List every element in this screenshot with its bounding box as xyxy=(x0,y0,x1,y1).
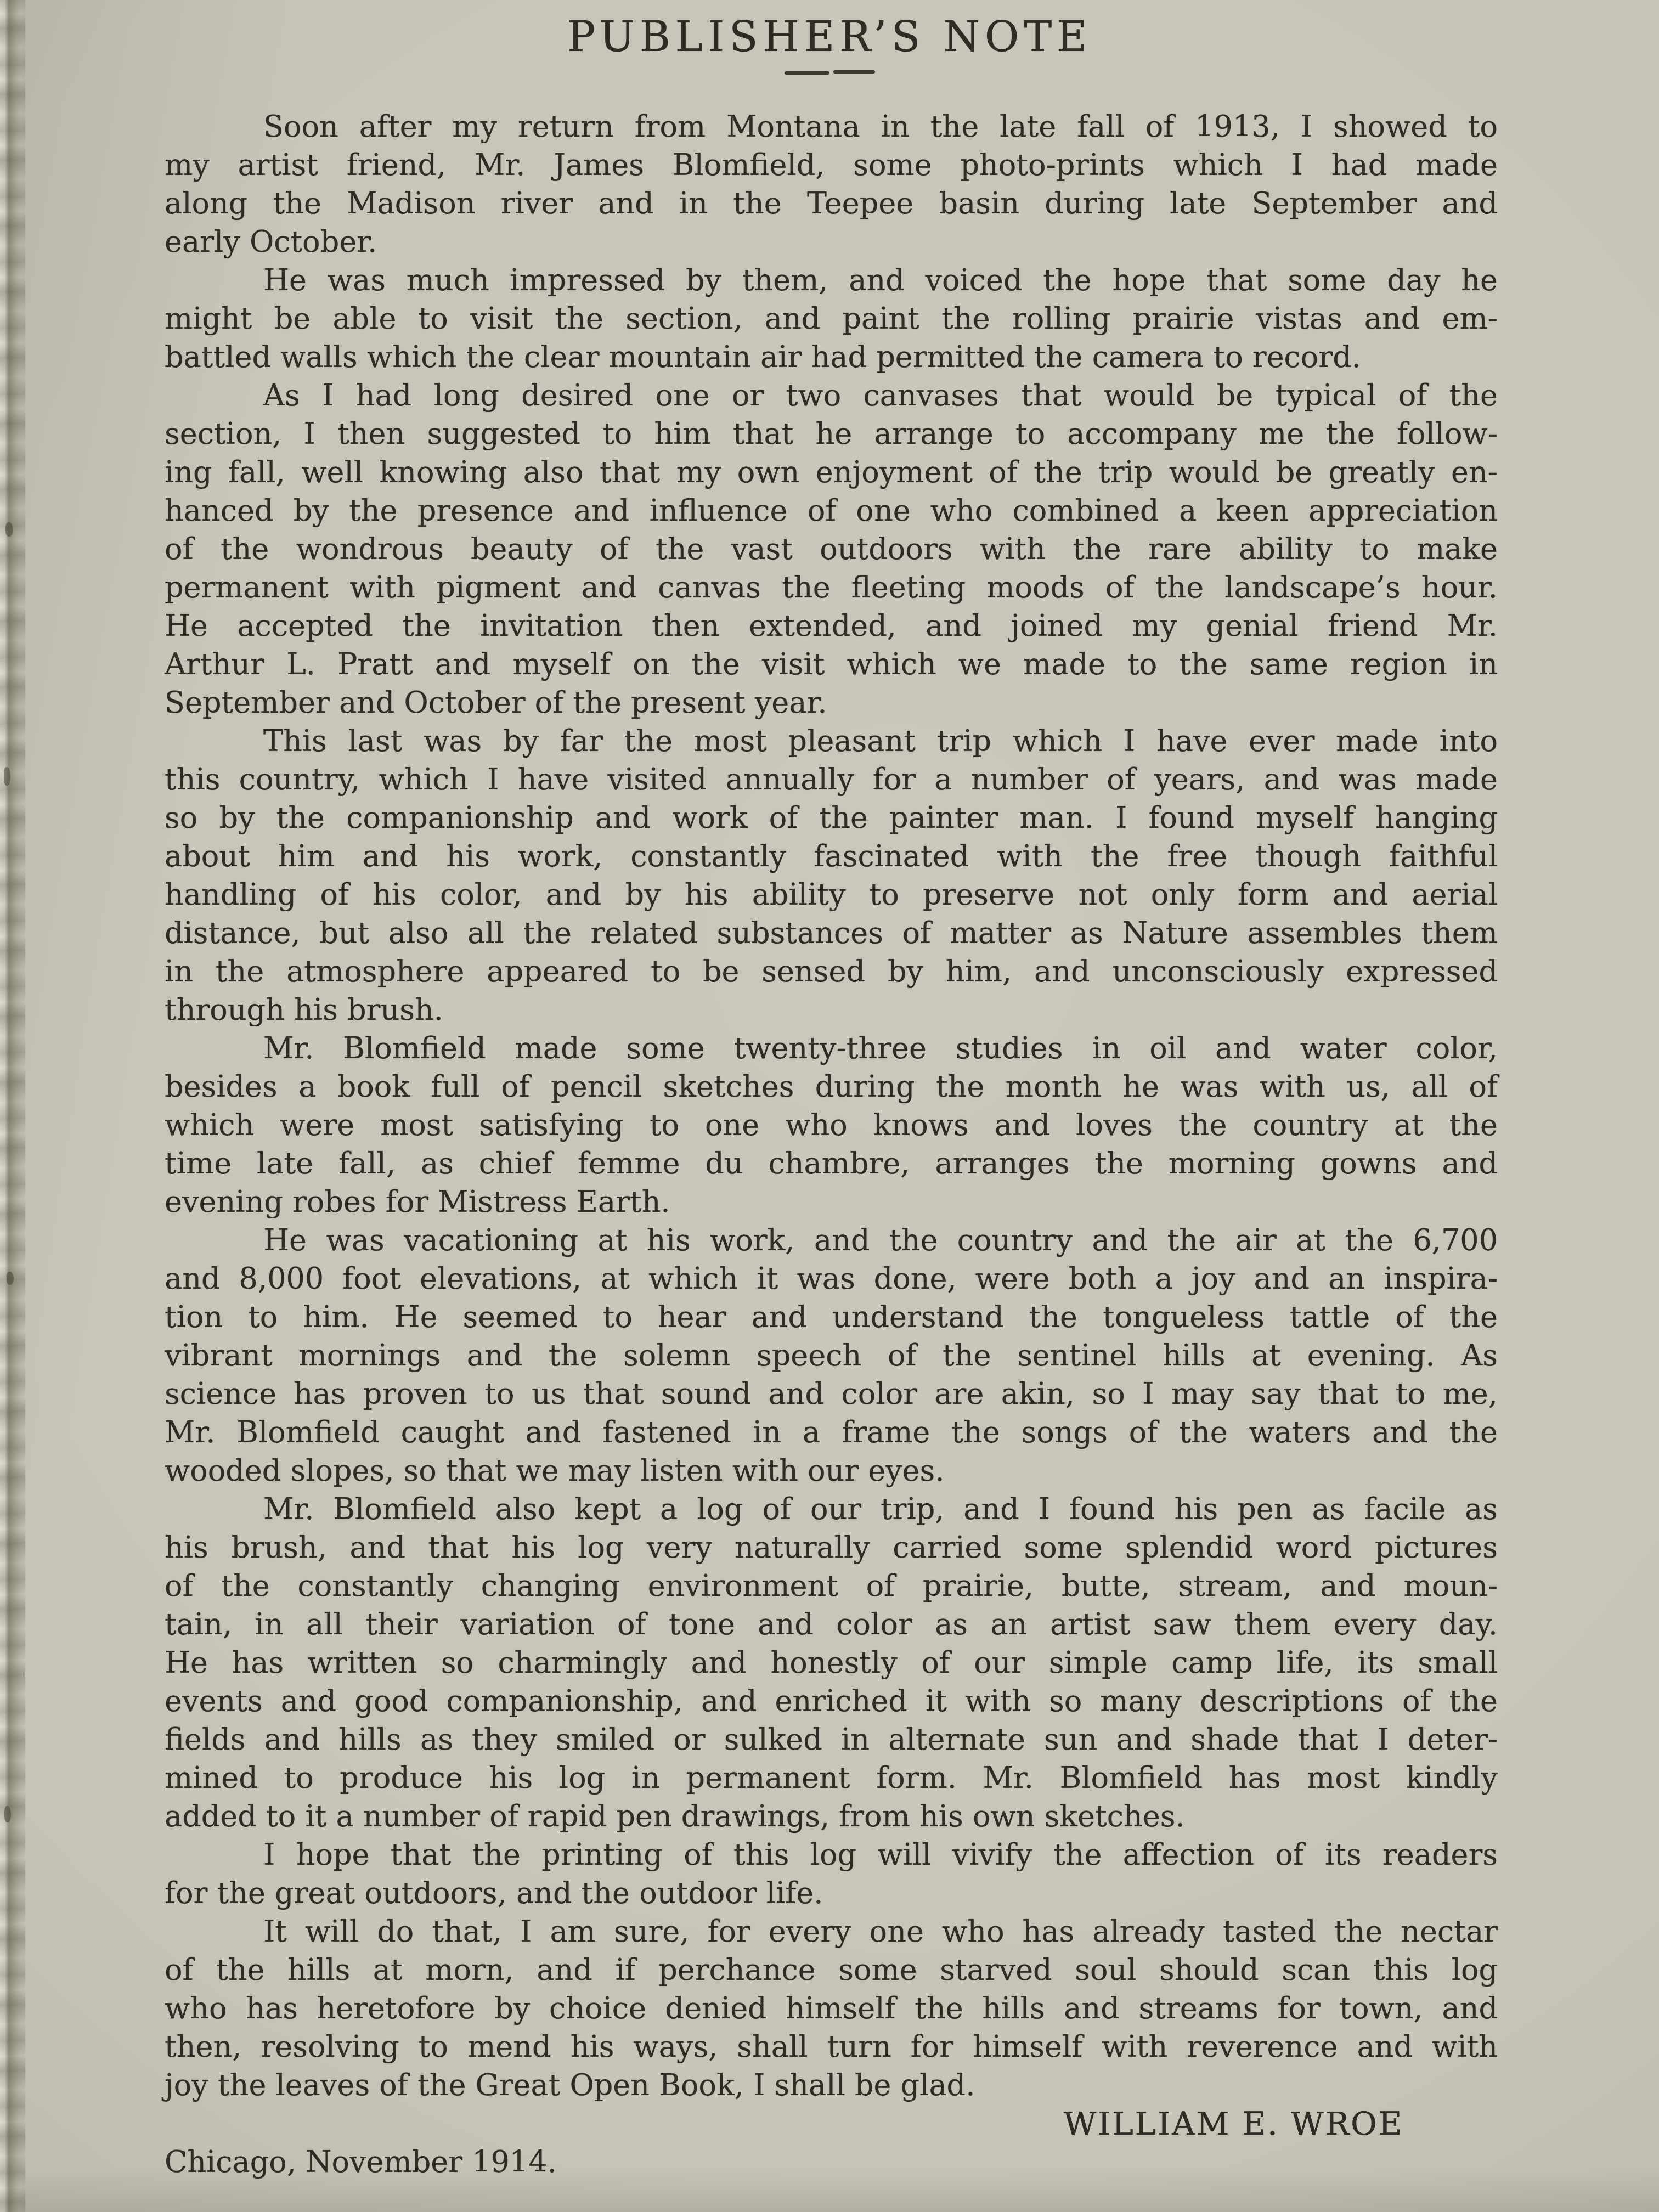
text-line: of the constantly changing environment o… xyxy=(165,1567,1498,1605)
text-line: of the hills at morn, and if perchance s… xyxy=(165,1951,1498,1989)
text-line: ing fall, well knowing also that my own … xyxy=(165,453,1498,492)
title-rule-dash xyxy=(785,71,830,75)
page-deckle-edge xyxy=(0,0,25,2212)
body-text: Soon after my return from Montana in the… xyxy=(165,108,1498,2181)
text-line: He has written so charmingly and honestl… xyxy=(165,1644,1498,1682)
paragraph: I hope that the printing of this log wil… xyxy=(165,1836,1498,1912)
page-speck xyxy=(7,1272,14,1285)
paragraph: He was much impressed by them, and voice… xyxy=(165,261,1498,376)
text-line: of the wondrous beauty of the vast outdo… xyxy=(165,530,1498,568)
text-line: through his brush. xyxy=(165,991,1498,1029)
paragraph: As I had long desired one or two canvase… xyxy=(165,376,1498,722)
text-line: time late fall, as chief femme du chambr… xyxy=(165,1144,1498,1183)
text-line: evening robes for Mistress Earth. xyxy=(165,1183,1498,1221)
text-line: so by the companionship and work of the … xyxy=(165,799,1498,837)
text-line: tion to him. He seemed to hear and under… xyxy=(165,1298,1498,1336)
text-line: along the Madison river and in the Teepe… xyxy=(165,184,1498,223)
text-line: It will do that, I am sure, for every on… xyxy=(165,1912,1498,1951)
text-line: wooded slopes, so that we may listen wit… xyxy=(165,1452,1498,1490)
page-speck xyxy=(4,1806,11,1822)
text-line: in the atmosphere appeared to be sensed … xyxy=(165,952,1498,991)
paragraph: Soon after my return from Montana in the… xyxy=(165,108,1498,261)
dateline: Chicago, November 1914. xyxy=(165,2143,1498,2181)
paragraph: Mr. Blomfield also kept a log of our tri… xyxy=(165,1490,1498,1836)
text-line: Mr. Blomfield also kept a log of our tri… xyxy=(165,1490,1498,1528)
text-line: Soon after my return from Montana in the… xyxy=(165,108,1498,146)
text-line: September and October of the present yea… xyxy=(165,684,1498,722)
text-line: Mr. Blomfield caught and fastened in a f… xyxy=(165,1413,1498,1452)
text-line: He was vacationing at his work, and the … xyxy=(165,1221,1498,1260)
text-line: about him and his work, constantly fasci… xyxy=(165,837,1498,876)
paragraph: Mr. Blomfield made some twenty-three stu… xyxy=(165,1029,1498,1221)
text-line: Arthur L. Pratt and myself on the visit … xyxy=(165,645,1498,684)
text-line: science has proven to us that sound and … xyxy=(165,1375,1498,1413)
text-line: might be able to visit the section, and … xyxy=(165,300,1498,338)
title-rule-dash xyxy=(833,70,875,74)
text-line: As I had long desired one or two canvase… xyxy=(165,376,1498,415)
page-speck xyxy=(5,522,13,537)
text-line: fields and hills as they smiled or sulke… xyxy=(165,1720,1498,1759)
page-title: PUBLISHER’S NOTE xyxy=(0,12,1659,61)
text-line: which were most satisfying to one who kn… xyxy=(165,1106,1498,1144)
text-line: I hope that the printing of this log wil… xyxy=(165,1836,1498,1874)
text-line: joy the leaves of the Great Open Book, I… xyxy=(165,2066,1498,2104)
text-line: added to it a number of rapid pen drawin… xyxy=(165,1797,1498,1836)
text-line: tain, in all their variation of tone and… xyxy=(165,1605,1498,1644)
text-line: Mr. Blomfield made some twenty-three stu… xyxy=(165,1029,1498,1068)
text-line: this country, which I have visited annua… xyxy=(165,760,1498,799)
text-line: vibrant mornings and the solemn speech o… xyxy=(165,1336,1498,1375)
text-line: early October. xyxy=(165,223,1498,261)
text-line: then, resolving to mend his ways, shall … xyxy=(165,2028,1498,2066)
signature: WILLIAM E. WROE xyxy=(165,2104,1498,2143)
text-line: for the great outdoors, and the outdoor … xyxy=(165,1874,1498,1912)
text-line: events and good companionship, and enric… xyxy=(165,1682,1498,1720)
book-page: PUBLISHER’S NOTE Soon after my return fr… xyxy=(0,0,1659,2212)
text-line: This last was by far the most pleasant t… xyxy=(165,722,1498,760)
text-line: besides a book full of pencil sketches d… xyxy=(165,1068,1498,1106)
page-speck xyxy=(4,767,10,786)
text-line: mined to produce his log in permanent fo… xyxy=(165,1759,1498,1797)
text-line: hanced by the presence and influence of … xyxy=(165,492,1498,530)
text-line: He was much impressed by them, and voice… xyxy=(165,261,1498,300)
text-line: He accepted the invitation then extended… xyxy=(165,607,1498,645)
paragraph: It will do that, I am sure, for every on… xyxy=(165,1912,1498,2104)
text-line: section, I then suggested to him that he… xyxy=(165,415,1498,453)
title-rule xyxy=(0,70,1659,74)
paragraph: This last was by far the most pleasant t… xyxy=(165,722,1498,1029)
text-line: battled walls which the clear mountain a… xyxy=(165,338,1498,376)
text-line: permanent with pigment and canvas the fl… xyxy=(165,568,1498,607)
text-line: and 8,000 foot elevations, at which it w… xyxy=(165,1260,1498,1298)
text-line: his brush, and that his log very natural… xyxy=(165,1528,1498,1567)
text-line: who has heretofore by choice denied hims… xyxy=(165,1989,1498,2028)
paragraph: He was vacationing at his work, and the … xyxy=(165,1221,1498,1490)
text-line: handling of his color, and by his abilit… xyxy=(165,876,1498,914)
text-line: distance, but also all the related subst… xyxy=(165,914,1498,952)
text-line: my artist friend, Mr. James Blomfield, s… xyxy=(165,146,1498,184)
